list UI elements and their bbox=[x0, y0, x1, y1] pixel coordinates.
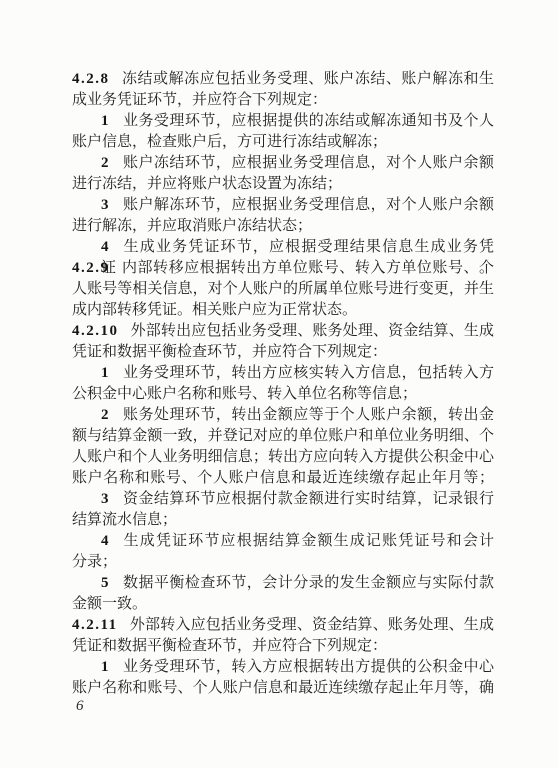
line-text: 账务处理环节，转出金额应等于个人账户余额，转出金 bbox=[123, 407, 495, 423]
document-page: 4.2.8冻结或解冻应包括业务受理、账户冻结、账户解冻和生成业务凭证环节，并应符… bbox=[0, 0, 558, 768]
item-number: 3 bbox=[101, 197, 109, 213]
section-line: 4.2.11外部转入应包括业务受理、资金结算、账务处理、生成 bbox=[72, 615, 494, 636]
body-line: 成内部转移凭证。相关账户应为正常状态。 bbox=[72, 300, 494, 321]
body-line: 凭证和数据平衡检查环节，并应符合下列规定： bbox=[72, 636, 494, 657]
item-line: 1业务受理环节，转入方应根据转出方提供的公积金中心 bbox=[72, 657, 494, 678]
body-line: 进行冻结，并应将账户状态设置为冻结； bbox=[72, 174, 494, 195]
body-line: 账户名称和账号、个人账户信息和最近连续缴存起止年月等； bbox=[72, 468, 494, 489]
line-text: 成内部转移凭证。相关账户应为正常状态。 bbox=[72, 302, 357, 318]
section-line: 4.2.9内部转移应根据转出方单位账号、转入方单位账号、个 bbox=[72, 258, 494, 279]
line-text: 进行解冻，并应取消账户冻结状态； bbox=[72, 218, 312, 234]
line-text: 账户信息，检查账户后，方可进行冻结或解冻； bbox=[72, 134, 387, 150]
item-number: 2 bbox=[101, 407, 109, 423]
line-text: 结算流水信息； bbox=[72, 512, 177, 528]
body-line: 成业务凭证环节，并应符合下列规定： bbox=[72, 90, 494, 111]
line-text: 成业务凭证环节，并应符合下列规定： bbox=[72, 92, 327, 108]
body-line: 凭证和数据平衡检查环节，并应符合下列规定： bbox=[72, 342, 494, 363]
item-number: 1 bbox=[101, 113, 109, 129]
item-number: 4 bbox=[101, 239, 109, 255]
line-text: 资金结算环节应根据付款金额进行实时结算，记录银行 bbox=[123, 491, 495, 507]
line-text: 业务受理环节，转入方应根据转出方提供的公积金中心 bbox=[123, 659, 495, 675]
item-line: 4生成业务凭证环节，应根据受理结果信息生成业务凭证。 bbox=[72, 237, 494, 258]
body-line: 人账户和个人业务明细信息；转出方应向转入方提供公积金中心 bbox=[72, 447, 494, 468]
line-text: 账户冻结环节，应根据业务受理信息，对个人账户余额 bbox=[123, 155, 495, 171]
line-text: 额与结算金额一致，并登记对应的单位账户和单位业务明细、个 bbox=[72, 428, 494, 444]
item-line: 2账务处理环节，转出金额应等于个人账户余额，转出金 bbox=[72, 405, 494, 426]
section-number: 4.2.9 bbox=[72, 260, 110, 276]
item-line: 3账户解冻环节，应根据业务受理信息，对个人账户余额 bbox=[72, 195, 494, 216]
section-line: 4.2.10外部转出应包括业务受理、账务处理、资金结算、生成 bbox=[72, 321, 494, 342]
section-number: 4.2.11 bbox=[72, 617, 118, 633]
section-number: 4.2.8 bbox=[72, 71, 110, 87]
line-text: 进行冻结，并应将账户状态设置为冻结； bbox=[72, 176, 342, 192]
text-block: 4.2.8冻结或解冻应包括业务受理、账户冻结、账户解冻和生成业务凭证环节，并应符… bbox=[72, 69, 494, 699]
page-number: 6 bbox=[76, 697, 84, 715]
body-line: 公积金中心账户名称和账号、转入单位名称等信息； bbox=[72, 384, 494, 405]
section-line: 4.2.8冻结或解冻应包括业务受理、账户冻结、账户解冻和生 bbox=[72, 69, 494, 90]
item-line: 1业务受理环节，转出方应核实转入方信息，包括转入方 bbox=[72, 363, 494, 384]
body-line: 账户信息，检查账户后，方可进行冻结或解冻； bbox=[72, 132, 494, 153]
body-line: 进行解冻，并应取消账户冻结状态； bbox=[72, 216, 494, 237]
line-text: 账户解冻环节，应根据业务受理信息，对个人账户余额 bbox=[123, 197, 495, 213]
item-line: 3资金结算环节应根据付款金额进行实时结算，记录银行 bbox=[72, 489, 494, 510]
item-number: 5 bbox=[101, 575, 109, 591]
item-line: 1业务受理环节，应根据提供的冻结或解冻通知书及个人 bbox=[72, 111, 494, 132]
line-text: 人账号等相关信息，对个人账户的所属单位账号进行变更，并生 bbox=[72, 281, 494, 297]
item-line: 2账户冻结环节，应根据业务受理信息，对个人账户余额 bbox=[72, 153, 494, 174]
line-text: 外部转入应包括业务受理、资金结算、账务处理、生成 bbox=[130, 617, 494, 633]
line-text: 内部转移应根据转出方单位账号、转入方单位账号、个 bbox=[122, 260, 495, 276]
body-line: 人账号等相关信息，对个人账户的所属单位账号进行变更，并生 bbox=[72, 279, 494, 300]
line-text: 分录； bbox=[72, 554, 117, 570]
body-line: 金额一致。 bbox=[72, 594, 494, 615]
item-number: 3 bbox=[101, 491, 109, 507]
body-line: 额与结算金额一致，并登记对应的单位账户和单位业务明细、个 bbox=[72, 426, 494, 447]
body-line: 结算流水信息； bbox=[72, 510, 494, 531]
line-text: 业务受理环节，应根据提供的冻结或解冻通知书及个人 bbox=[123, 113, 495, 129]
item-number: 2 bbox=[101, 155, 109, 171]
item-line: 5数据平衡检查环节，会计分录的发生金额应与实际付款 bbox=[72, 573, 494, 594]
line-text: 冻结或解冻应包括业务受理、账户冻结、账户解冻和生 bbox=[122, 71, 495, 87]
line-text: 公积金中心账户名称和账号、转入单位名称等信息； bbox=[72, 386, 417, 402]
line-text: 外部转出应包括业务受理、账务处理、资金结算、生成 bbox=[131, 323, 495, 339]
body-line: 账户名称和账号、个人账户信息和最近连续缴存起止年月等，确 bbox=[72, 678, 494, 699]
line-text: 业务受理环节，转出方应核实转入方信息，包括转入方 bbox=[123, 365, 495, 381]
body-line: 分录； bbox=[72, 552, 494, 573]
line-text: 账户名称和账号、个人账户信息和最近连续缴存起止年月等，确 bbox=[72, 680, 494, 696]
line-text: 凭证和数据平衡检查环节，并应符合下列规定： bbox=[72, 638, 387, 654]
line-text: 金额一致。 bbox=[72, 596, 147, 612]
line-text: 人账户和个人业务明细信息；转出方应向转入方提供公积金中心 bbox=[72, 449, 494, 465]
line-text: 数据平衡检查环节，会计分录的发生金额应与实际付款 bbox=[123, 575, 495, 591]
item-number: 4 bbox=[101, 533, 109, 549]
item-number: 1 bbox=[101, 365, 109, 381]
section-number: 4.2.10 bbox=[72, 323, 119, 339]
line-text: 账户名称和账号、个人账户信息和最近连续缴存起止年月等； bbox=[72, 470, 494, 486]
line-text: 生成凭证环节应根据结算金额生成记账凭证号和会计 bbox=[123, 533, 495, 549]
item-line: 4生成凭证环节应根据结算金额生成记账凭证号和会计 bbox=[72, 531, 494, 552]
line-text: 凭证和数据平衡检查环节，并应符合下列规定： bbox=[72, 344, 387, 360]
item-number: 1 bbox=[101, 659, 109, 675]
